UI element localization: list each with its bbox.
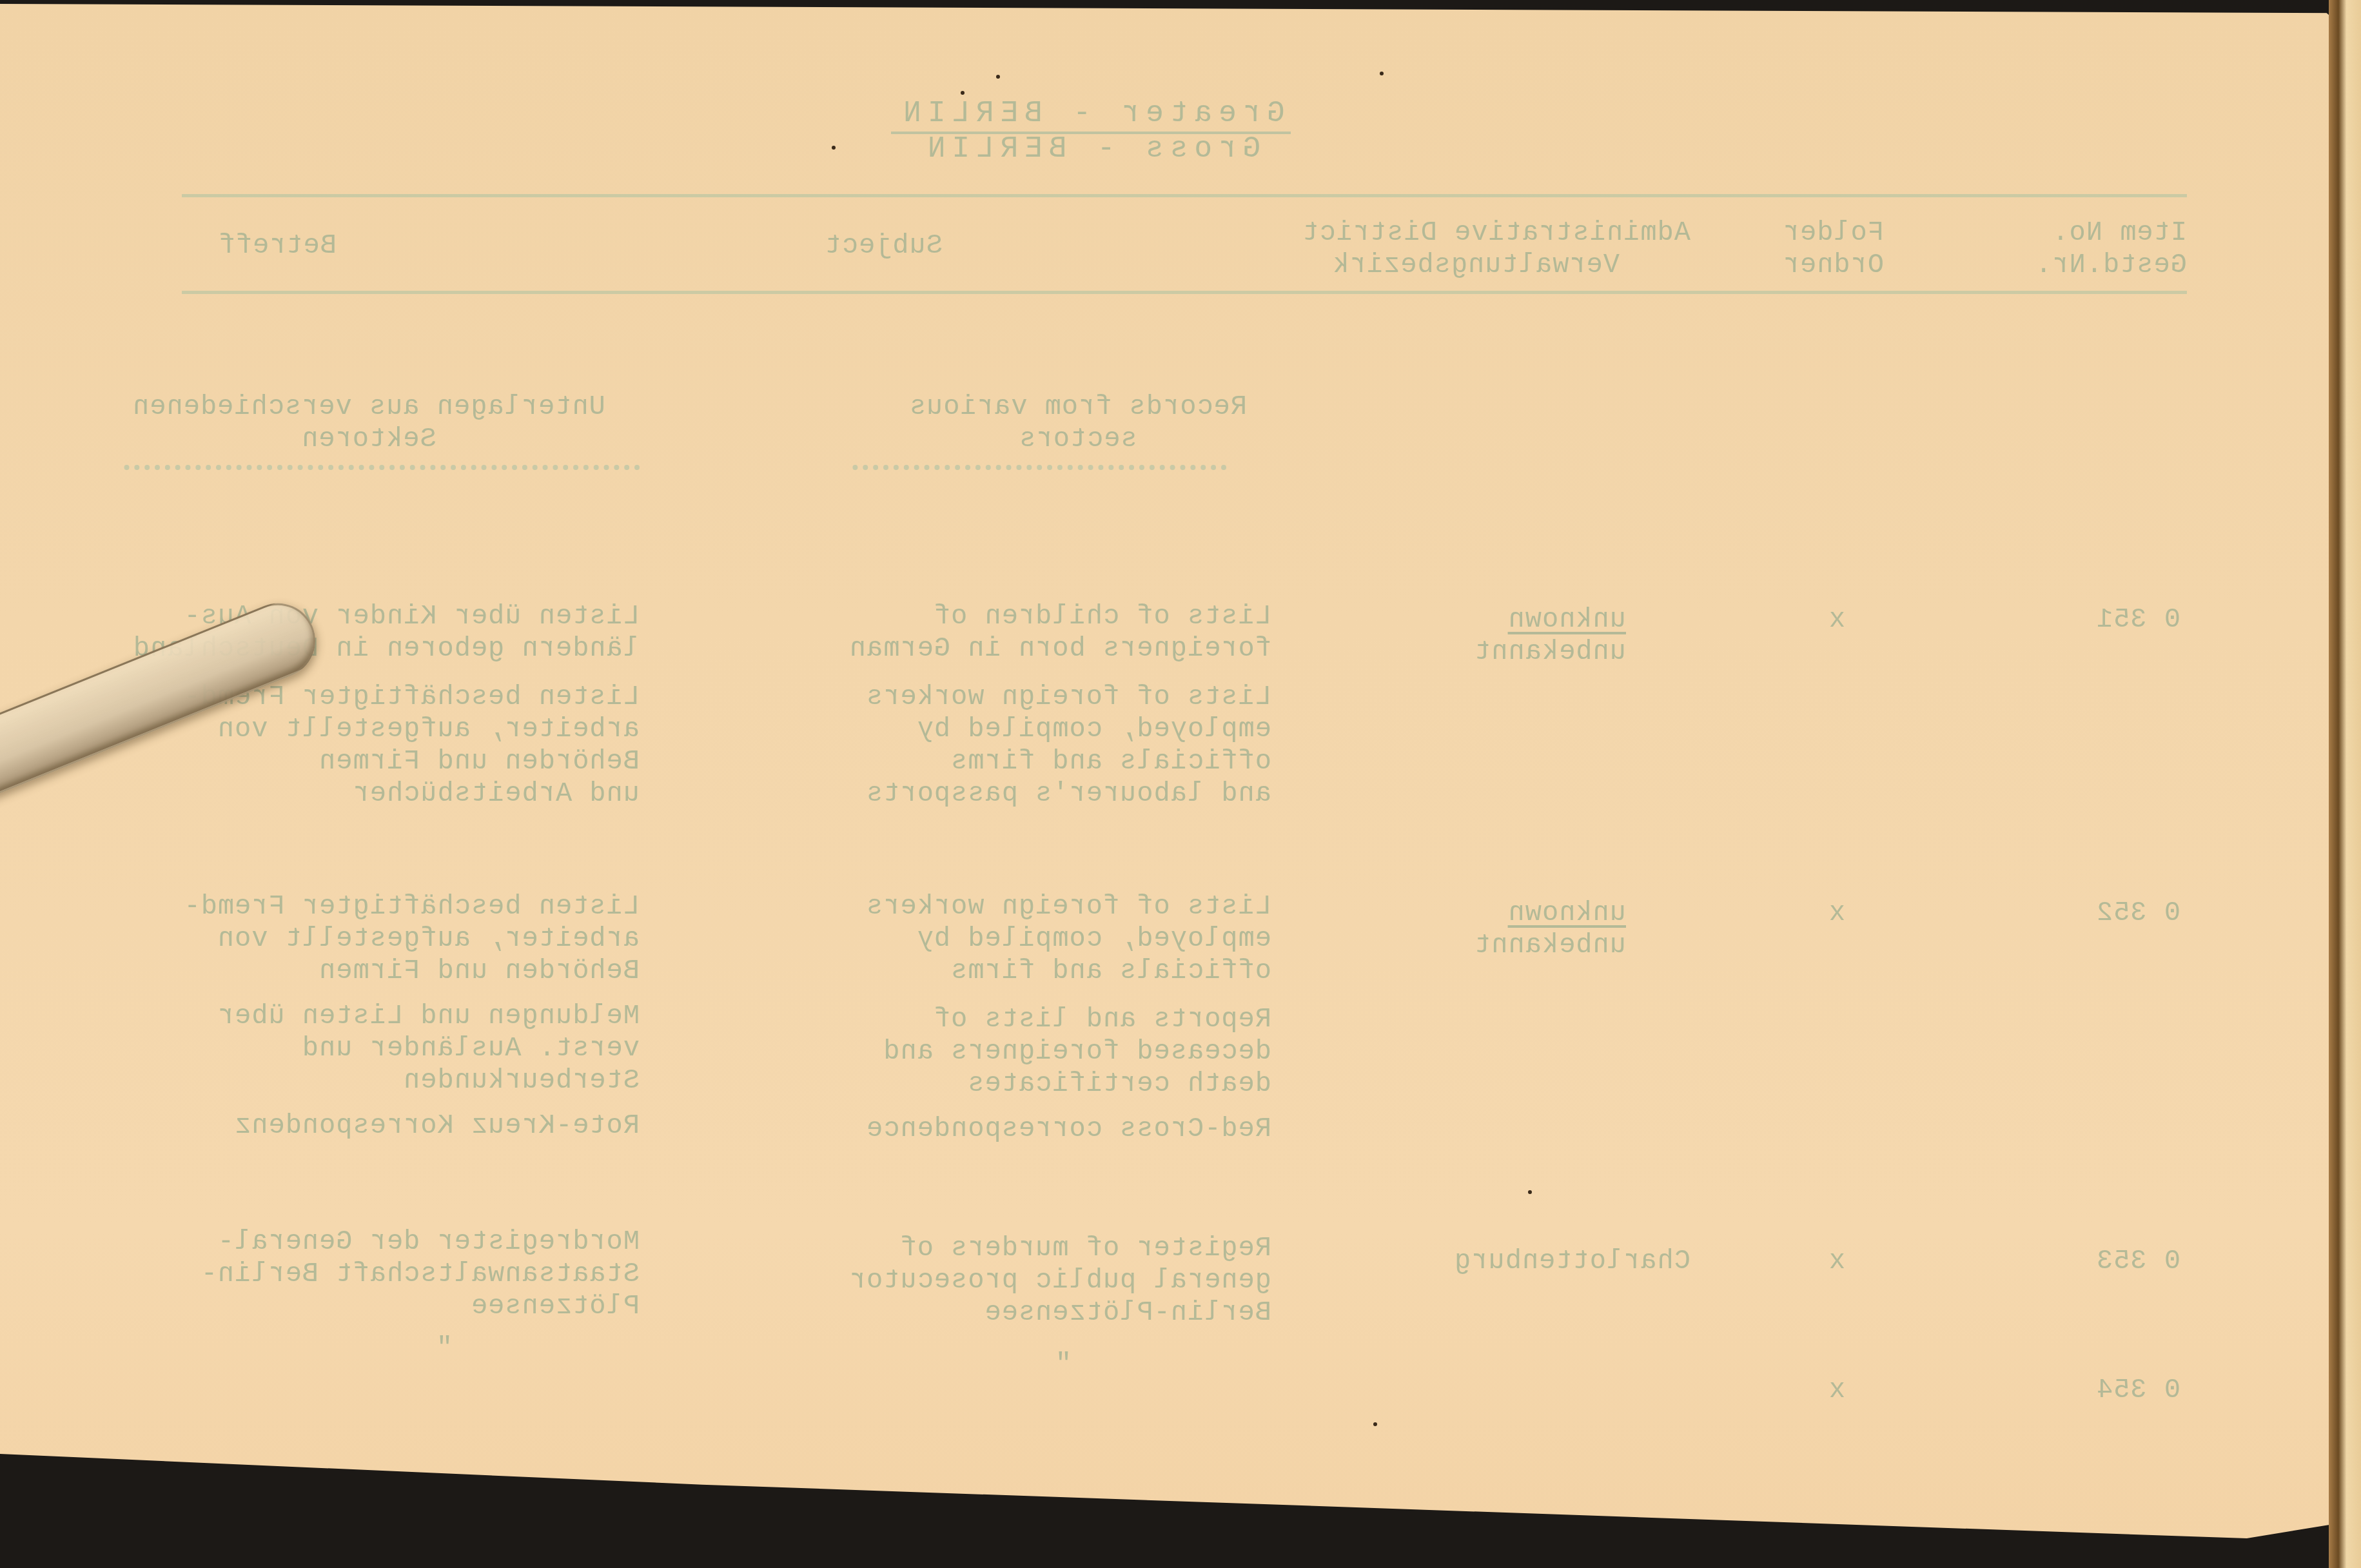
entry-item: 0 354 [2096,1374,2180,1406]
entry-betreff-line: Staatsanwaltschaft Berlin- [201,1258,640,1290]
section-betreff-2: Sektoren [98,423,640,455]
entry-district-de: unbekannt [1474,636,1626,668]
col-folder-en: Folder [1783,217,1884,249]
header-rule-bottom [182,291,2187,294]
entry-subject-line: death certificates [967,1068,1271,1100]
entry-betreff-line: Listen beschäftigter Fremd- [183,890,640,923]
entry-item: 0 353 [2096,1245,2180,1277]
entry-subject-line: foreigners born in German [849,632,1271,665]
entry-betreff-ditto: " [436,1332,453,1364]
entry-betreff-line: Meldungen und Listen über [217,1000,640,1032]
section-betreff-rule [124,465,640,475]
col-subject: Subject [825,230,943,262]
title-line-2: Gross - BERLIN [891,133,1291,165]
entry-subject-line: officials and firms [950,955,1271,987]
col-item-en: Item No. [2052,217,2187,249]
entry-betreff-line: und Arbeitsbücher [353,778,640,810]
binding-edge [2329,0,2361,1568]
entry-subject-line: general public prosecutor [849,1264,1271,1297]
entry-subject-line: Lists of foreign workers [866,681,1271,713]
entry-subject-line: employed, compiled by [917,713,1271,745]
header-rule-top [182,194,2187,197]
entry-betreff-line: Sterbeurkunden [403,1064,640,1097]
mirrored-content: Greater - BERLIN Gross - BERLIN Item No.… [0,4,2361,1568]
entry-folder: x [1828,897,1845,929]
entry-district-en: unknown [1508,603,1626,636]
entry-betreff-line: arbeiter, aufgestellt von [217,713,640,745]
entry-subject-line: Lists of children of [934,600,1271,632]
col-folder-de: Ordner [1783,249,1884,281]
entry-betreff-line: Mordregister der General- [217,1226,640,1258]
entry-betreff-line: Plötzensee [471,1290,640,1322]
entry-betreff-line: Rote-Kreuz Korrespondenz [234,1110,640,1142]
section-subject-rule [852,465,1226,475]
title-line-1: Greater - BERLIN [891,97,1291,130]
entry-subject-ditto: " [1055,1348,1072,1380]
document-page: Greater - BERLIN Gross - BERLIN Item No.… [0,4,2340,1538]
entry-subject-line: deceased foreigners and [883,1035,1271,1068]
entry-betreff-line: verst. Ausländer und [302,1032,640,1064]
entry-item: 0 351 [2096,603,2180,636]
entry-betreff-line: arbeiter, aufgestellt von [217,923,640,955]
entry-folder: x [1828,603,1845,636]
entry-betreff-line: Behörden und Firmen [318,745,640,778]
col-district-en: Administrative District [1302,217,1690,249]
entry-subject-line: and labourer's passports [866,778,1271,810]
col-district-de: Verwaltungsbezirk [1333,249,1620,281]
entry-betreff-line: Behörden und Firmen [318,955,640,987]
entry-subject-line: Red-Cross correspondence [866,1113,1271,1145]
entry-district-en: unknown [1508,897,1626,929]
entry-subject-line: officials and firms [950,745,1271,778]
entry-district: Charlottenburg [1454,1245,1690,1277]
col-betreff: Betreff [219,230,337,262]
col-item-de: Gestd.Nr. [2035,249,2187,281]
entry-district-de: unbekannt [1474,929,1626,961]
entry-subject-line: Register of murders of [900,1232,1272,1264]
entry-subject-line: Reports and lists of [934,1003,1271,1035]
entry-folder: x [1828,1245,1845,1277]
section-betreff-1: Unterlagen aus verschiedenen [98,391,640,423]
entry-item: 0 352 [2096,897,2180,929]
entry-subject-line: Berlin-Plötzensee [985,1297,1271,1329]
entry-folder: x [1828,1374,1845,1406]
section-subject-1: Records from various [885,391,1271,423]
entry-subject-line: employed, compiled by [917,923,1271,955]
section-subject-2: sectors [885,423,1271,455]
entry-subject-line: Lists of foreign workers [866,890,1271,923]
